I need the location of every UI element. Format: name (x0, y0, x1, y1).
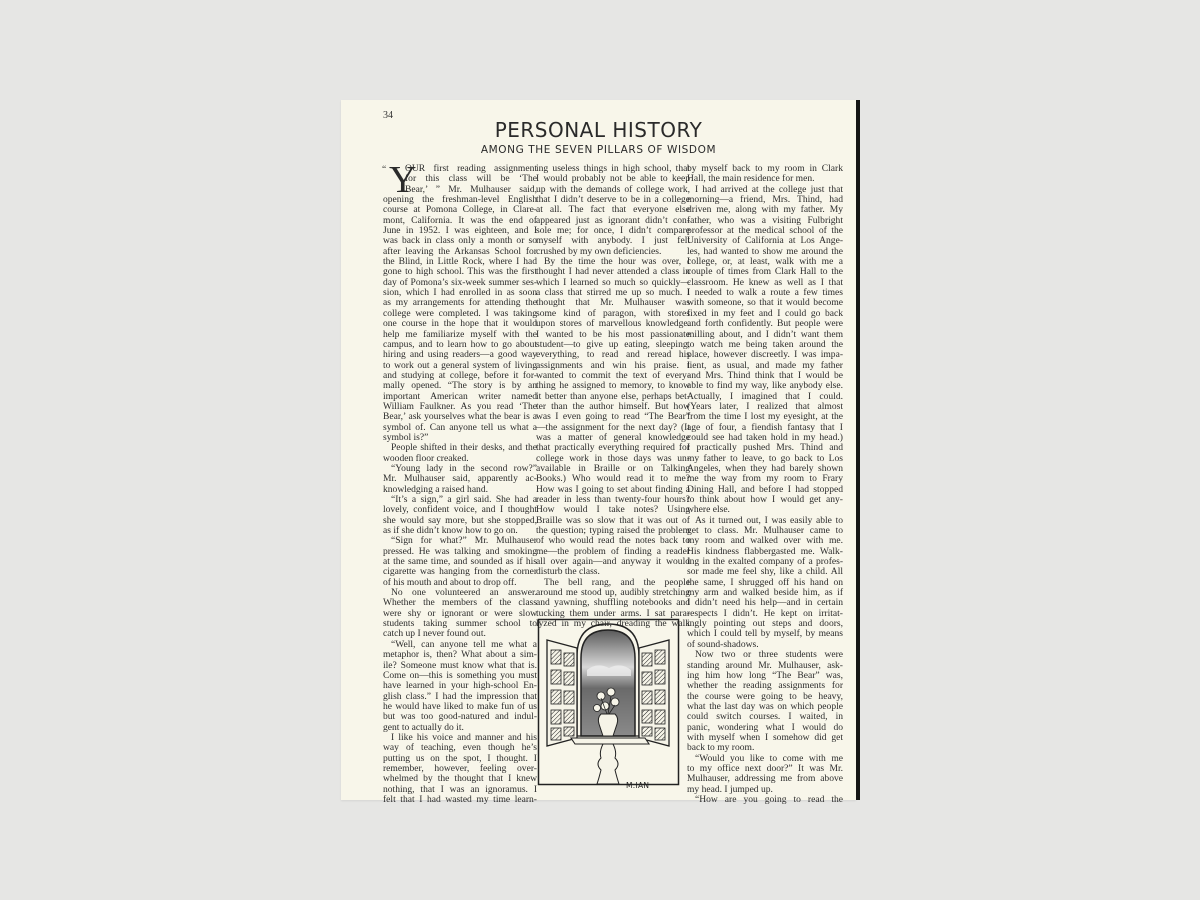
text-column-3: by myself back to my room in ClarkHall, … (687, 164, 843, 805)
text-line: “How are you going to read the (687, 795, 843, 805)
text-line: metaphor is, then? What about a sim- (383, 650, 537, 660)
text-line: whether the reading assignments for (687, 681, 843, 691)
magazine-page: 34 PERSONAL HISTORY AMONG THE SEVEN PILL… (341, 100, 856, 800)
text-line: place, however discreetly. I was impa- (687, 350, 843, 360)
text-line: everything, to read and reread his (536, 350, 690, 360)
text-line: have learned in your high-school En- (383, 681, 537, 691)
article-title: AMONG THE SEVEN PILLARS OF WISDOM (341, 144, 856, 156)
text-line: one course in the hope that it would (383, 319, 537, 329)
page-edge (856, 100, 860, 800)
text-column-1: “ Y OUR first reading assignmentfor this… (383, 164, 537, 805)
text-line: upon stores of marvellous knowledge. (536, 319, 690, 329)
drop-cap-quote: “ (382, 165, 386, 175)
text-line: felt that I had wasted my time learn- (383, 795, 537, 805)
text-column-2: ing useless things in high school, thatI… (536, 164, 690, 629)
text-line: mally opened. “The story is by an (383, 381, 537, 391)
text-line: able to find my way, like anybody else. (687, 381, 843, 391)
drop-cap: Y (389, 163, 416, 197)
text-line: could switch courses. I waited, in (687, 712, 843, 722)
section-title: PERSONAL HISTORY (341, 118, 856, 142)
text-line: hiring and using readers—a good way (383, 350, 537, 360)
text-line: Now two or three students were (687, 650, 843, 660)
text-line: but was too good-natured and indul- (383, 712, 537, 722)
text-line: thing he assigned to memory, to know (536, 381, 690, 391)
window-illustration (537, 618, 680, 795)
illustration-credit: M.IAN (626, 781, 649, 790)
text-line: and forth confidently. But people were (687, 319, 843, 329)
